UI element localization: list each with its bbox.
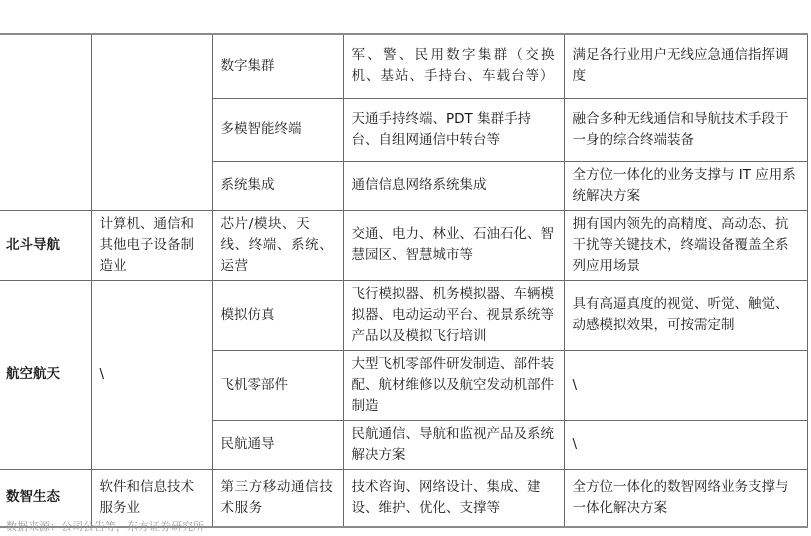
sector-cell: [0, 34, 91, 210]
industry-cell: [91, 34, 212, 210]
products-cell: 天通手持终端、PDT 集群手持台、自组网通信中转台等: [343, 98, 564, 161]
feature-cell: 全方位一体化的业务支撑与 IT 应用系统解决方案: [564, 161, 807, 210]
business-cell: 芯片/模块、天线、终端、系统、运营: [212, 210, 343, 280]
feature-cell: \: [564, 420, 807, 469]
business-cell: 第三方移动通信技术服务: [212, 469, 343, 527]
sector-cell: 航空航天: [0, 280, 91, 469]
business-segments-table: 数字集群 军、警、民用数字集群（交换机、基站、手持台、车载台等） 满足各行业用户…: [0, 33, 808, 528]
industry-cell: \: [91, 280, 212, 469]
feature-cell: 拥有国内领先的高精度、高动态、抗干扰等关键技术，终端设备覆盖全系列应用场景: [564, 210, 807, 280]
table-row: 航空航天 \ 模拟仿真 飞行模拟器、机务模拟器、车辆模拟器、电动运动平台、视景系…: [0, 280, 807, 350]
industry-cell: 计算机、通信和其他电子设备制造业: [91, 210, 212, 280]
sector-cell: 北斗导航: [0, 210, 91, 280]
business-cell: 系统集成: [212, 161, 343, 210]
feature-cell: \: [564, 350, 807, 420]
products-cell: 技术咨询、网络设计、集成、建设、维护、优化、支撑等: [343, 469, 564, 527]
feature-cell: 融合多种无线通信和导航技术手段于一身的综合终端装备: [564, 98, 807, 161]
products-cell: 飞行模拟器、机务模拟器、车辆模拟器、电动运动平台、视景系统等产品以及模拟飞行培训: [343, 280, 564, 350]
business-cell: 民航通导: [212, 420, 343, 469]
products-cell: 大型飞机零部件研发制造、部件装配、航材维修以及航空发动机部件制造: [343, 350, 564, 420]
data-source-note: 数据来源：公司公告等，东方证券研究所: [6, 518, 204, 534]
products-cell: 交通、电力、林业、石油石化、智慧园区、智慧城市等: [343, 210, 564, 280]
table-row: 北斗导航 计算机、通信和其他电子设备制造业 芯片/模块、天线、终端、系统、运营 …: [0, 210, 807, 280]
business-cell: 飞机零部件: [212, 350, 343, 420]
table-row: 数字集群 军、警、民用数字集群（交换机、基站、手持台、车载台等） 满足各行业用户…: [0, 34, 807, 98]
products-cell: 民航通信、导航和监视产品及系统解决方案: [343, 420, 564, 469]
business-cell: 模拟仿真: [212, 280, 343, 350]
business-cell: 多模智能终端: [212, 98, 343, 161]
feature-cell: 满足各行业用户无线应急通信指挥调度: [564, 34, 807, 98]
products-cell: 军、警、民用数字集群（交换机、基站、手持台、车载台等）: [343, 34, 564, 98]
business-table-container: 数字集群 军、警、民用数字集群（交换机、基站、手持台、车载台等） 满足各行业用户…: [0, 33, 807, 528]
products-cell: 通信信息网络系统集成: [343, 161, 564, 210]
business-cell: 数字集群: [212, 34, 343, 98]
feature-cell: 全方位一体化的数智网络业务支撑与一体化解决方案: [564, 469, 807, 527]
feature-cell: 具有高逼真度的视觉、听觉、触觉、动感模拟效果，可按需定制: [564, 280, 807, 350]
